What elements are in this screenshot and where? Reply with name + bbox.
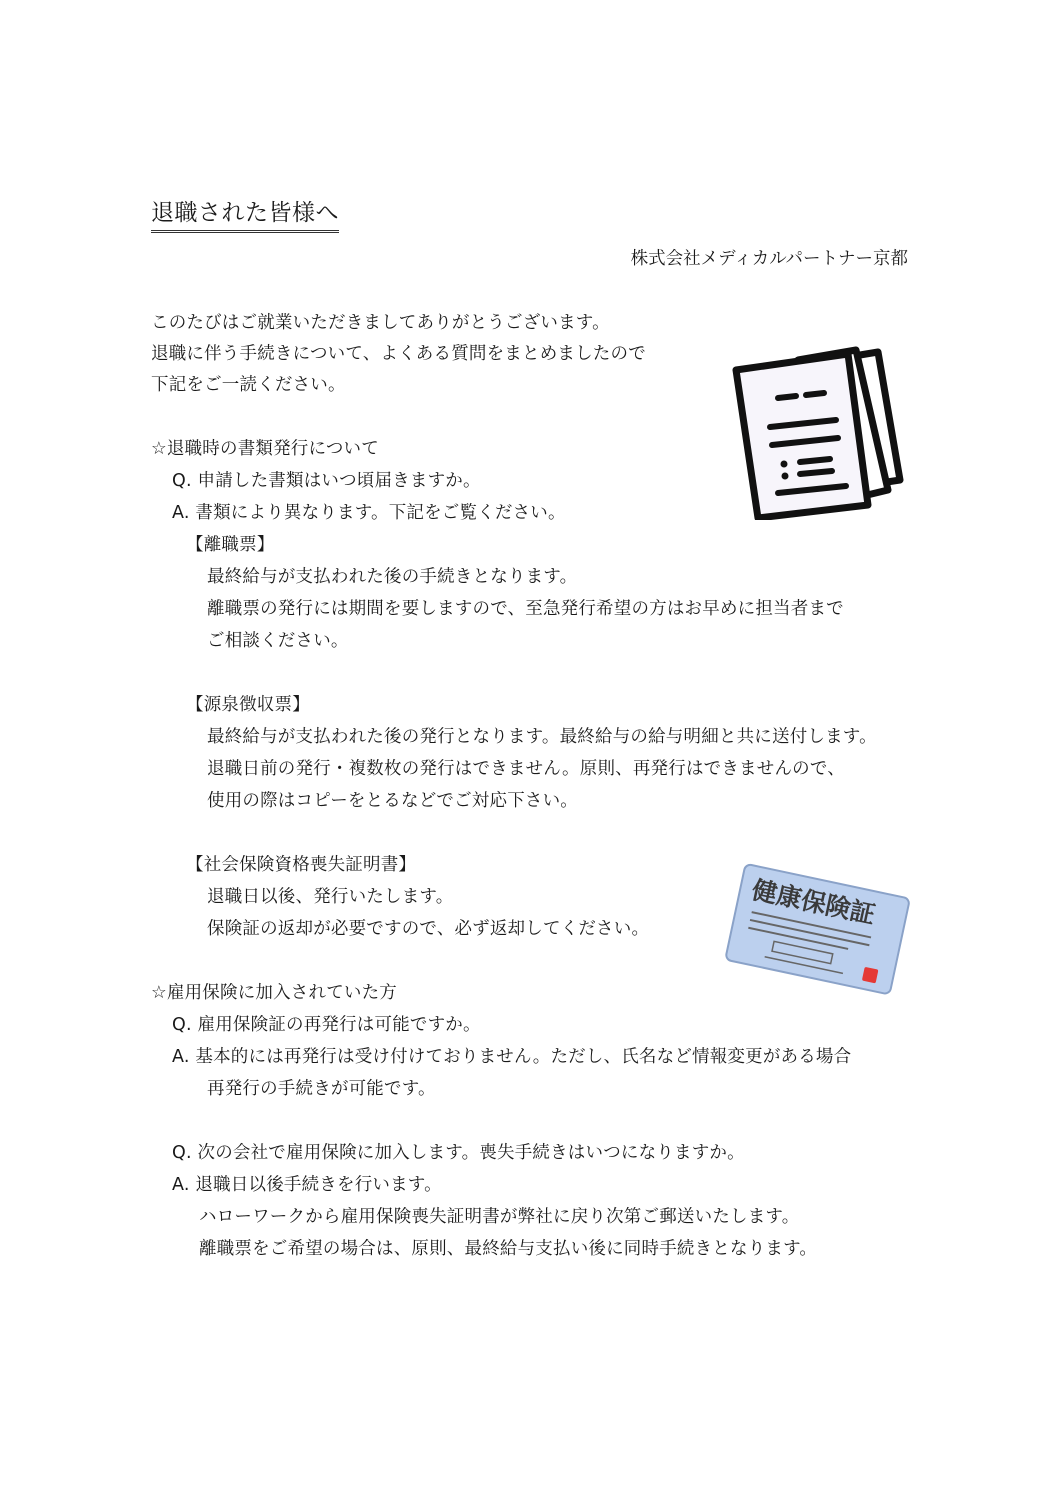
answer-line: ハローワークから雇用保険喪失証明書が弊社に戻り次第ご郵送いたします。 [199,1205,799,1229]
intro-line: 退職に伴う手続きについて、よくある質問をまとめましたので [151,342,646,366]
section-heading: ☆雇用保険に加入されていた方 [151,981,397,1005]
item-label: 【社会保険資格喪失証明書】 [186,853,416,877]
answer-line: 離職票をご希望の場合は、原則、最終給与支払い後に同時手続きとなります。 [199,1237,817,1261]
page-title: 退職された皆様へ [151,198,339,233]
answer-line: 再発行の手続きが可能です。 [207,1077,436,1101]
answer: A. 退職日以後手続きを行います。 [172,1173,442,1197]
item-line: 退職日前の発行・複数枚の発行はできません。原則、再発行はできませんので、 [207,757,845,781]
intro-line: このたびはご就業いただきましてありがとうございます。 [151,311,610,335]
item-label: 【離職票】 [186,533,275,557]
documents-illustration [728,340,908,520]
item-label: 【源泉徴収票】 [186,693,310,717]
item-line: 保険証の返却が必要ですので、必ず返却してください。 [207,917,649,941]
intro-line: 下記をご一読ください。 [151,373,346,397]
question: Q. 次の会社で雇用保険に加入します。喪失手続きはいつになりますか。 [172,1141,745,1165]
question: Q. 申請した書類はいつ頃届きますか。 [172,469,481,493]
item-line: 使用の際はコピーをとるなどでご対応下さい。 [207,789,578,813]
answer: A. 基本的には再発行は受け付けておりません。ただし、氏名など情報変更がある場合 [172,1045,851,1069]
item-line: 離職票の発行には期間を要しますので、至急発行希望の方はお早めに担当者まで [207,597,844,621]
company-name: 株式会社メディカルパートナー京都 [631,245,908,270]
item-line: 退職日以後、発行いたします。 [207,885,453,909]
item-line: ご相談ください。 [207,629,349,653]
section-heading: ☆退職時の書類発行について [151,437,379,461]
item-line: 最終給与が支払われた後の手続きとなります。 [207,565,577,589]
item-line: 最終給与が支払われた後の発行となります。最終給与の給与明細と共に送付します。 [207,725,877,749]
question: Q. 雇用保険証の再発行は可能ですか。 [172,1013,481,1037]
answer: A. 書類により異なります。下記をご覧ください。 [172,501,566,525]
insurance-card-illustration: 健康保険証 [722,852,912,1002]
